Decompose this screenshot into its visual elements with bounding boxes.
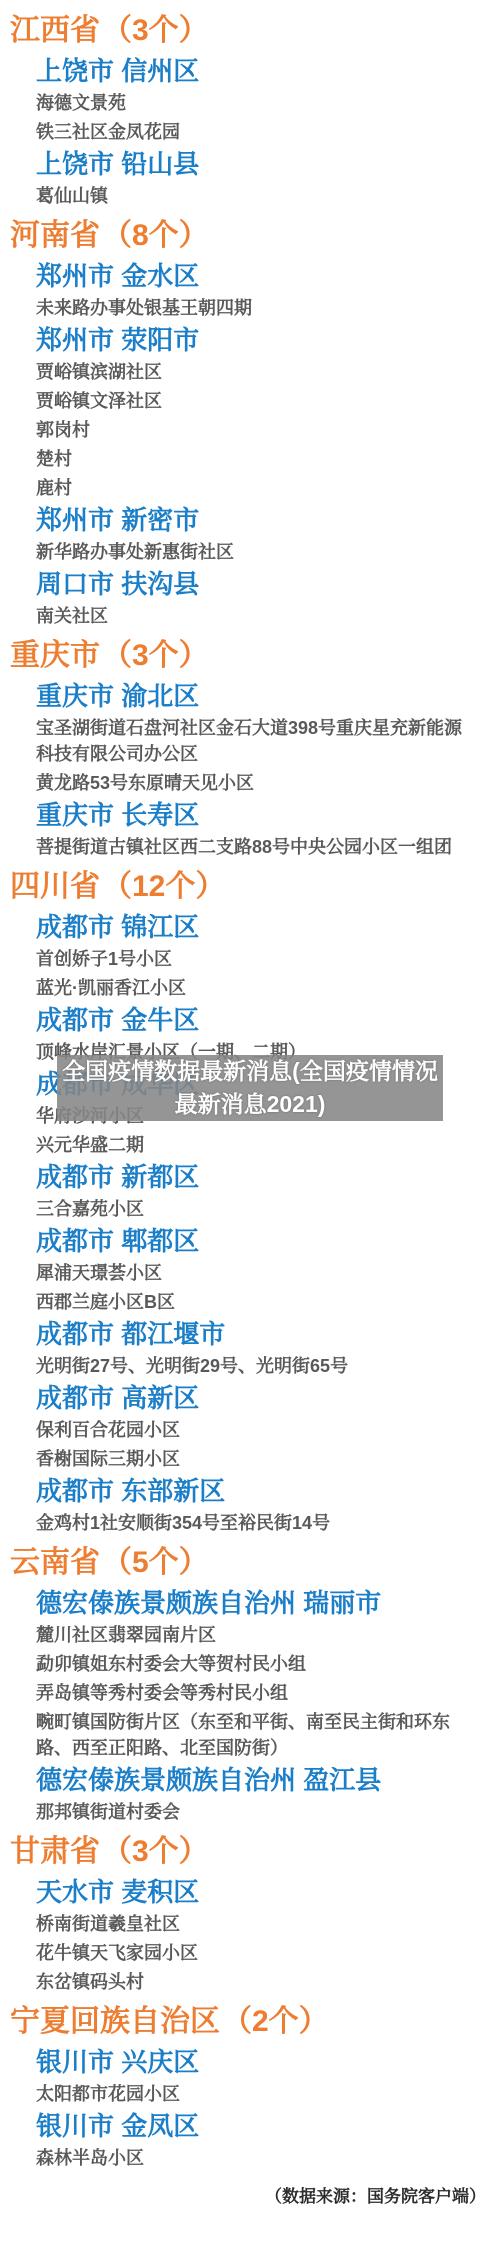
area-item: 弄岛镇等秀村委会等秀村民小组 — [0, 1680, 500, 1706]
area-item: 麓川社区翡翠园南片区 — [0, 1622, 500, 1648]
area-item: 畹町镇国防街片区（东至和平街、南至民主街和环东路、西至正阳路、北至国防街） — [0, 1709, 500, 1761]
city-name: 天水市 麦积区 — [36, 1877, 199, 1907]
area-item: 新华路办事处新惠街社区 — [0, 539, 500, 565]
province-name: 云南省 — [10, 1546, 100, 1579]
city-name: 成都市 金牛区 — [36, 1005, 199, 1035]
city-header: 上饶市 信州区 — [0, 55, 500, 87]
city-header: 成都市 成华区 全国疫情数据最新消息(全国疫情情况 最新消息2021) — [0, 1068, 500, 1100]
city-header: 成都市 金牛区 — [0, 1004, 500, 1036]
area-item: 郭岗村 — [0, 417, 500, 443]
area-item: 楚村 — [0, 446, 500, 472]
area-item: 宝圣湖街道石盘河社区金石大道398号重庆星充新能源科技有限公司办公区 — [0, 715, 500, 767]
area-item: 葛仙山镇 — [0, 183, 500, 209]
city-name: 郑州市 荥阳市 — [36, 325, 199, 355]
watermark-line2: 最新消息2021) — [57, 1088, 443, 1121]
city-header: 重庆市 长寿区 — [0, 799, 500, 831]
province-header: 河南省（8个） — [0, 217, 500, 255]
city-name: 重庆市 长寿区 — [36, 800, 199, 830]
city-header: 成都市 郫都区 — [0, 1225, 500, 1257]
city-name: 上饶市 信州区 — [36, 56, 199, 86]
area-item: 未来路办事处银基王朝四期 — [0, 295, 500, 321]
city-name: 成都市 新都区 — [36, 1162, 199, 1192]
area-item: 蓝光·凯丽香江小区 — [0, 975, 500, 1001]
province-name: 重庆市 — [10, 639, 100, 672]
city-header: 成都市 东部新区 — [0, 1475, 500, 1507]
city-header: 重庆市 渝北区 — [0, 680, 500, 712]
province-count: （3个） — [102, 639, 209, 672]
city-name: 成都市 东部新区 — [36, 1476, 225, 1506]
province-count: （12个） — [102, 870, 225, 903]
city-name: 重庆市 渝北区 — [36, 681, 199, 711]
province-header: 甘肃省（3个） — [0, 1833, 500, 1871]
area-item: 金鸡村1社安顺街354号至裕民街14号 — [0, 1510, 500, 1536]
watermark-line1: 全国疫情数据最新消息(全国疫情情况 — [57, 1055, 443, 1088]
watermark-overlay: 全国疫情数据最新消息(全国疫情情况 最新消息2021) — [57, 1055, 443, 1121]
area-item: 首创娇子1号小区 — [0, 946, 500, 972]
area-item: 花牛镇天飞家园小区 — [0, 1940, 500, 1966]
province-header: 宁夏回族自治区（2个） — [0, 2003, 500, 2041]
area-item: 海德文景苑 — [0, 90, 500, 116]
data-source-note: （数据来源：国务院客户端） — [0, 2185, 500, 2209]
city-header: 上饶市 铅山县 — [0, 148, 500, 180]
city-name: 银川市 兴庆区 — [36, 2047, 199, 2077]
area-item: 勐卯镇姐东村委会大等贺村民小组 — [0, 1651, 500, 1677]
province-name: 甘肃省 — [10, 1835, 100, 1868]
area-item: 贾峪镇滨湖社区 — [0, 359, 500, 385]
area-item: 太阳都市花园小区 — [0, 2081, 500, 2107]
province-count: （3个） — [102, 1835, 209, 1868]
province-header: 江西省（3个） — [0, 12, 500, 50]
area-item: 铁三社区金凤花园 — [0, 119, 500, 145]
city-header: 德宏傣族景颇族自治州 盈江县 — [0, 1764, 500, 1796]
risk-area-page: 江西省（3个） 上饶市 信州区 海德文景苑 铁三社区金凤花园 上饶市 铅山县 葛… — [0, 0, 500, 2209]
province-count: （2个） — [222, 2005, 329, 2038]
area-item: 犀浦天璟荟小区 — [0, 1260, 500, 1286]
area-item: 三合嘉苑小区 — [0, 1196, 500, 1222]
province-count: （3个） — [102, 14, 209, 47]
city-header: 郑州市 金水区 — [0, 260, 500, 292]
area-item: 森林半岛小区 — [0, 2145, 500, 2171]
city-header: 成都市 都江堰市 — [0, 1318, 500, 1350]
risk-area-list: 江西省（3个） 上饶市 信州区 海德文景苑 铁三社区金凤花园 上饶市 铅山县 葛… — [0, 12, 500, 2171]
province-header: 重庆市（3个） — [0, 637, 500, 675]
city-header: 银川市 金凤区 — [0, 2110, 500, 2142]
area-item: 香榭国际三期小区 — [0, 1446, 500, 1472]
province-count: （5个） — [102, 1546, 209, 1579]
area-item: 菩提街道古镇社区西二支路88号中央公园小区一组团 — [0, 834, 500, 860]
city-header: 天水市 麦积区 — [0, 1876, 500, 1908]
city-name: 德宏傣族景颇族自治州 瑞丽市 — [36, 1588, 381, 1618]
city-header: 郑州市 荥阳市 — [0, 324, 500, 356]
city-name: 银川市 金凤区 — [36, 2111, 199, 2141]
province-name: 宁夏回族自治区 — [10, 2005, 220, 2038]
city-name: 成都市 锦江区 — [36, 912, 199, 942]
province-name: 江西省 — [10, 14, 100, 47]
area-item: 鹿村 — [0, 475, 500, 501]
city-header: 银川市 兴庆区 — [0, 2046, 500, 2078]
province-name: 四川省 — [10, 870, 100, 903]
area-item: 西郡兰庭小区B区 — [0, 1289, 500, 1315]
city-name: 郑州市 新密市 — [36, 505, 199, 535]
city-name: 成都市 都江堰市 — [36, 1319, 225, 1349]
city-header: 周口市 扶沟县 — [0, 568, 500, 600]
area-item: 东岔镇码头村 — [0, 1969, 500, 1995]
city-name: 成都市 郫都区 — [36, 1226, 199, 1256]
city-header: 成都市 锦江区 — [0, 911, 500, 943]
city-header: 成都市 新都区 — [0, 1161, 500, 1193]
area-item: 桥南街道羲皇社区 — [0, 1911, 500, 1937]
area-item: 光明街27号、光明街29号、光明街65号 — [0, 1353, 500, 1379]
area-item: 贾峪镇文泽社区 — [0, 388, 500, 414]
area-item: 兴元华盛二期 — [0, 1132, 500, 1158]
area-item: 黄龙路53号东原晴天见小区 — [0, 770, 500, 796]
area-item: 保利百合花园小区 — [0, 1417, 500, 1443]
province-name: 河南省 — [10, 219, 100, 252]
area-item: 南关社区 — [0, 603, 500, 629]
city-header: 郑州市 新密市 — [0, 504, 500, 536]
city-name: 郑州市 金水区 — [36, 261, 199, 291]
city-header: 德宏傣族景颇族自治州 瑞丽市 — [0, 1587, 500, 1619]
city-name: 德宏傣族景颇族自治州 盈江县 — [36, 1765, 381, 1795]
city-header: 成都市 高新区 — [0, 1382, 500, 1414]
province-count: （8个） — [102, 219, 209, 252]
city-name: 上饶市 铅山县 — [36, 149, 199, 179]
province-header: 云南省（5个） — [0, 1544, 500, 1582]
area-item: 那邦镇街道村委会 — [0, 1799, 500, 1825]
city-name: 周口市 扶沟县 — [36, 569, 199, 599]
city-name: 成都市 高新区 — [36, 1383, 199, 1413]
province-header: 四川省（12个） — [0, 868, 500, 906]
